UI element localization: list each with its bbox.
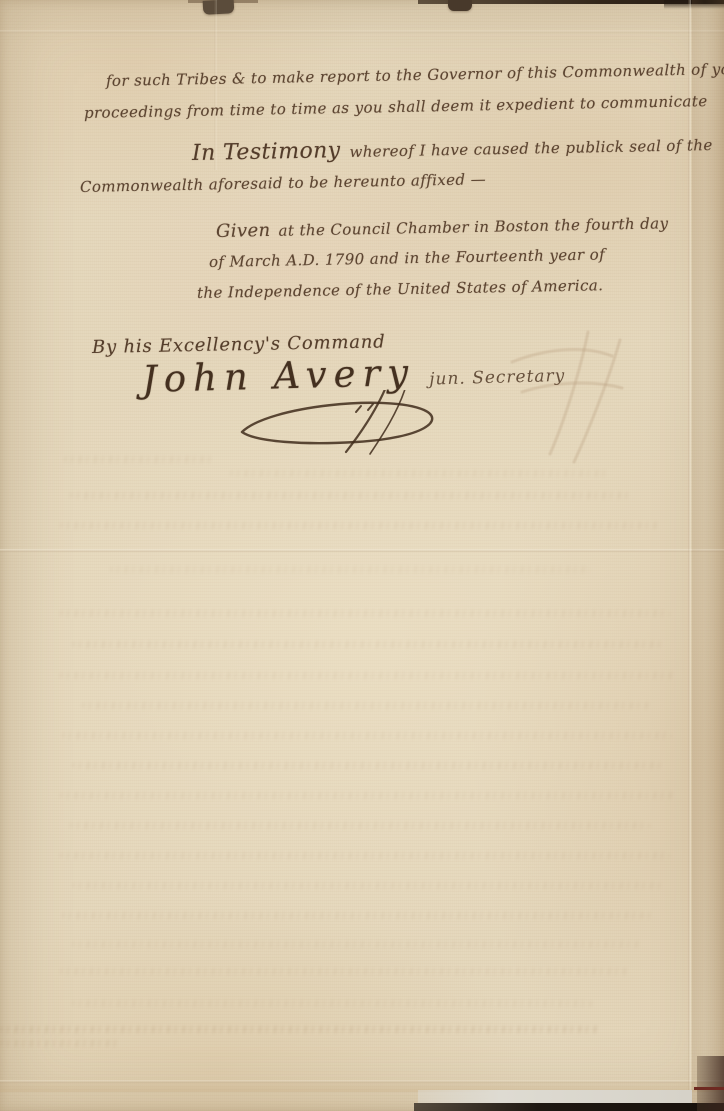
dateline-line-2: of March A.D. 1790 and in the Fourteenth… [209, 245, 605, 271]
verso-signature-bleed-through [492, 322, 672, 482]
bleed-through-line [62, 912, 652, 919]
fold-crease-middle [0, 549, 724, 552]
testimony-opening-words: In Testimony [192, 138, 341, 166]
bleed-through-line [64, 456, 214, 463]
signature-flourish [228, 390, 468, 460]
binding-tab-right [448, 0, 472, 11]
scan-edge-maroon-line [694, 1087, 724, 1090]
fold-crease-top [0, 30, 724, 33]
bleed-through-line [60, 968, 630, 975]
bleed-through-line [110, 566, 590, 573]
page-edge-shading [692, 0, 724, 1111]
scan-strip-bottom-light [418, 1090, 692, 1103]
bleed-through-line [72, 641, 662, 648]
bleed-through-line [72, 1000, 592, 1007]
bleed-through-line [72, 941, 642, 948]
fold-crease-right [688, 0, 691, 1111]
bleed-through-line [62, 732, 672, 739]
testimony-rest: whereof I have caused the publick seal o… [349, 136, 712, 161]
scan-edge-bottom [414, 1103, 724, 1111]
bleed-through-line [60, 852, 670, 859]
dateline-line-3: the Independence of the United States of… [197, 276, 604, 302]
manuscript-page: for such Tribes & to make report to the … [0, 0, 724, 1111]
bleed-through-line [60, 610, 670, 617]
testimony-line-2: Commonwealth aforesaid to be hereunto af… [80, 170, 486, 196]
bleed-through-line [230, 470, 610, 477]
bleed-through-line [60, 792, 675, 799]
body-line-2: proceedings from time to time as you sha… [84, 92, 708, 122]
bleed-through-line [0, 1026, 600, 1033]
scan-edge-bottom-right [697, 1056, 724, 1111]
bleed-through-line [70, 822, 650, 829]
bleed-through-line [70, 492, 630, 499]
dateline-rest: at the Council Chamber in Boston the fou… [278, 214, 668, 239]
dateline-line-1: Givenat the Council Chamber in Boston th… [216, 212, 669, 242]
body-line-1: for such Tribes & to make report to the … [106, 60, 724, 90]
dateline-opening-word: Given [216, 220, 271, 242]
bleed-through-line [82, 702, 652, 709]
testimony-line-1: In Testimonywhereof I have caused the pu… [192, 131, 713, 166]
bleed-through-line [60, 522, 660, 529]
bleed-through-line [60, 672, 675, 679]
bleed-through-line [72, 762, 662, 769]
binding-tab-left [203, 0, 235, 15]
bleed-through-line [72, 882, 662, 889]
bleed-through-line [0, 1040, 120, 1047]
